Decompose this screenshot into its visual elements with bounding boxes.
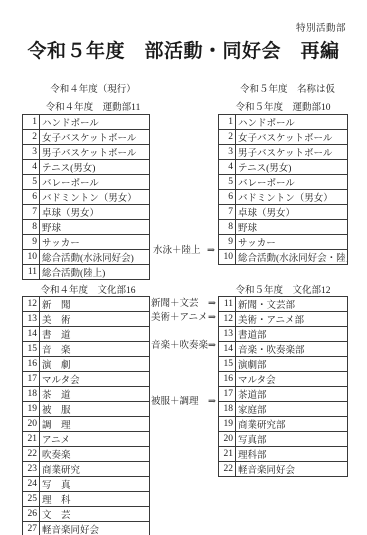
table-row: 16 マルタ会 bbox=[219, 372, 348, 387]
table-row: 3 男子バスケットボール bbox=[23, 145, 150, 160]
row-number: 23 bbox=[23, 462, 40, 477]
row-number: 25 bbox=[23, 492, 40, 507]
right-arrow-icon: ⇒ bbox=[208, 339, 216, 353]
table-row: 5 バレーボール bbox=[23, 175, 150, 190]
club-name: 書 道 bbox=[40, 327, 150, 342]
club-name: ハンドボール bbox=[236, 115, 348, 130]
row-number: 12 bbox=[219, 312, 236, 327]
club-name: アニメ bbox=[40, 432, 150, 447]
merge-note-music-brassband: 音楽＋吹奏楽 ⇒ bbox=[151, 339, 216, 353]
row-number: 9 bbox=[219, 235, 236, 250]
merge-note-label: 新聞＋文芸 bbox=[151, 297, 199, 311]
club-name: 軽音楽同好会 bbox=[40, 522, 150, 535]
table-row: 4 テニス(男女) bbox=[219, 160, 348, 175]
table-row: 20 写真部 bbox=[219, 432, 348, 447]
club-name: サッカー bbox=[236, 235, 348, 250]
club-name: 写真部 bbox=[236, 432, 348, 447]
merge-note-clothing-cooking: 被服＋調理 ⇒ bbox=[151, 395, 216, 409]
table-row: 27 軽音楽同好会 bbox=[23, 522, 150, 535]
row-number: 6 bbox=[23, 190, 40, 205]
table-row: 15 音 楽 bbox=[23, 342, 150, 357]
club-name: 調 理 bbox=[40, 417, 150, 432]
club-name: 総合活動(水泳同好会・陸上) bbox=[236, 250, 348, 265]
merge-note-label: 水泳＋陸上 bbox=[153, 244, 201, 259]
table-row: 11 新聞・文芸部 bbox=[219, 297, 348, 312]
club-name: 理 科 bbox=[40, 492, 150, 507]
table-row: 18 茶 道 bbox=[23, 387, 150, 402]
table-row: 17 茶道部 bbox=[219, 387, 348, 402]
row-number: 2 bbox=[23, 130, 40, 145]
row-number: 6 bbox=[219, 190, 236, 205]
table-row: 15 演劇部 bbox=[219, 357, 348, 372]
club-name: 男子バスケットボール bbox=[236, 145, 348, 160]
row-number: 7 bbox=[23, 205, 40, 220]
table-row: 6 バドミントン（男女） bbox=[23, 190, 150, 205]
club-name: 演劇部 bbox=[236, 357, 348, 372]
merge-note-art-anime: 美術＋アニメ ⇒ bbox=[151, 311, 216, 325]
row-number: 15 bbox=[219, 357, 236, 372]
club-name: 美術・アニメ部 bbox=[236, 312, 348, 327]
row-number: 20 bbox=[23, 417, 40, 432]
club-name: マルタ会 bbox=[236, 372, 348, 387]
row-number: 13 bbox=[219, 327, 236, 342]
row-number: 10 bbox=[23, 250, 40, 265]
club-name: 総合活動(水泳同好会) bbox=[40, 250, 150, 265]
page-title: 令和５年度 部活動・同好会 再編 bbox=[0, 36, 367, 63]
merge-note-swim-track: 水泳＋陸上 ⇒ bbox=[153, 244, 215, 259]
table-row: 10 総合活動(水泳同好会・陸上) bbox=[219, 250, 348, 265]
row-number: 17 bbox=[219, 387, 236, 402]
row-number: 4 bbox=[23, 160, 40, 175]
club-name: バレーボール bbox=[40, 175, 150, 190]
club-name: サッカー bbox=[40, 235, 150, 250]
right-arrow-icon: ⇒ bbox=[207, 244, 215, 259]
row-number: 21 bbox=[23, 432, 40, 447]
table-row: 25 理 科 bbox=[23, 492, 150, 507]
club-name: 新 聞 bbox=[40, 297, 150, 312]
club-name: テニス(男女) bbox=[236, 160, 348, 175]
table-row: 4 テニス(男女) bbox=[23, 160, 150, 175]
table-row: 16 演 劇 bbox=[23, 357, 150, 372]
table-row: 22 吹奏楽 bbox=[23, 447, 150, 462]
row-number: 20 bbox=[219, 432, 236, 447]
club-name: 演 劇 bbox=[40, 357, 150, 372]
row-number: 11 bbox=[219, 297, 236, 312]
row-number: 1 bbox=[219, 115, 236, 130]
culture-right-table-title: 令和５年度 文化部12 bbox=[213, 282, 353, 296]
club-name: 野球 bbox=[236, 220, 348, 235]
club-name: 理科部 bbox=[236, 447, 348, 462]
sports-right-table-title: 令和５年度 運動部10 bbox=[213, 99, 353, 113]
table-row: 6 バドミントン（男女） bbox=[219, 190, 348, 205]
merge-note-newspaper-literature: 新聞＋文芸 ⇒ bbox=[151, 297, 216, 311]
row-number: 5 bbox=[23, 175, 40, 190]
table-row: 5 バレーボール bbox=[219, 175, 348, 190]
club-name: 軽音楽同好会 bbox=[236, 462, 348, 477]
row-number: 26 bbox=[23, 507, 40, 522]
table-row: 13 書道部 bbox=[219, 327, 348, 342]
department-label: 特別活動部 bbox=[296, 20, 346, 34]
table-row: 12 新 聞 bbox=[23, 297, 150, 312]
right-arrow-icon: ⇒ bbox=[208, 297, 216, 311]
row-number: 10 bbox=[219, 250, 236, 265]
table-row: 1 ハンドボール bbox=[219, 115, 348, 130]
table-row: 2 女子バスケットボール bbox=[219, 130, 348, 145]
row-number: 2 bbox=[219, 130, 236, 145]
row-number: 27 bbox=[23, 522, 40, 535]
table-row: 19 商業研究部 bbox=[219, 417, 348, 432]
row-number: 16 bbox=[23, 357, 40, 372]
row-number: 8 bbox=[23, 220, 40, 235]
club-name: 音楽・吹奏楽部 bbox=[236, 342, 348, 357]
row-number: 19 bbox=[23, 402, 40, 417]
sports-clubs-current-table: 1 ハンドボール 2 女子バスケットボール 3 男子バスケットボール 4 テニス… bbox=[22, 114, 150, 280]
table-row: 8 野球 bbox=[219, 220, 348, 235]
club-name: 吹奏楽 bbox=[40, 447, 150, 462]
row-number: 4 bbox=[219, 160, 236, 175]
table-row: 14 音楽・吹奏楽部 bbox=[219, 342, 348, 357]
table-row: 21 理科部 bbox=[219, 447, 348, 462]
row-number: 17 bbox=[23, 372, 40, 387]
table-row: 24 写 真 bbox=[23, 477, 150, 492]
club-name: テニス(男女) bbox=[40, 160, 150, 175]
table-row: 3 男子バスケットボール bbox=[219, 145, 348, 160]
row-number: 5 bbox=[219, 175, 236, 190]
table-row: 20 調 理 bbox=[23, 417, 150, 432]
club-name: 文 芸 bbox=[40, 507, 150, 522]
row-number: 18 bbox=[23, 387, 40, 402]
culture-left-table-title: 令和４年度 文化部16 bbox=[22, 282, 154, 296]
club-name: マルタ会 bbox=[40, 372, 150, 387]
row-number: 12 bbox=[23, 297, 40, 312]
culture-clubs-current-table: 12 新 聞 13 美 術 14 書 道 15 音 楽 16 演 劇 bbox=[22, 296, 150, 535]
club-name: 書道部 bbox=[236, 327, 348, 342]
table-row: 23 商業研究 bbox=[23, 462, 150, 477]
club-name: 新聞・文芸部 bbox=[236, 297, 348, 312]
merge-note-label: 美術＋アニメ bbox=[151, 311, 208, 325]
table-row: 10 総合活動(水泳同好会) bbox=[23, 250, 150, 265]
culture-clubs-new-table: 11 新聞・文芸部 12 美術・アニメ部 13 書道部 14 音楽・吹奏楽部 1… bbox=[218, 296, 348, 477]
table-row: 26 文 芸 bbox=[23, 507, 150, 522]
table-row: 7 卓球（男女） bbox=[23, 205, 150, 220]
table-row: 14 書 道 bbox=[23, 327, 150, 342]
club-name: 茶 道 bbox=[40, 387, 150, 402]
row-number: 16 bbox=[219, 372, 236, 387]
club-name: 卓球（男女） bbox=[40, 205, 150, 220]
merge-note-label: 音楽＋吹奏楽 bbox=[151, 339, 208, 353]
table-row: 21 アニメ bbox=[23, 432, 150, 447]
club-name: 女子バスケットボール bbox=[236, 130, 348, 145]
club-name: 卓球（男女） bbox=[236, 205, 348, 220]
club-name: 総合活動(陸上) bbox=[40, 265, 150, 280]
merge-note-label: 被服＋調理 bbox=[151, 395, 199, 409]
club-name: ハンドボール bbox=[40, 115, 150, 130]
row-number: 21 bbox=[219, 447, 236, 462]
table-row: 11 総合活動(陸上) bbox=[23, 265, 150, 280]
sports-clubs-new-table: 1 ハンドボール 2 女子バスケットボール 3 男子バスケットボール 4 テニス… bbox=[218, 114, 348, 265]
table-row: 9 サッカー bbox=[23, 235, 150, 250]
right-arrow-icon: ⇒ bbox=[208, 311, 216, 325]
club-name: 家庭部 bbox=[236, 402, 348, 417]
row-number: 22 bbox=[219, 462, 236, 477]
sports-left-table-title: 令和４年度 運動部11 bbox=[22, 99, 164, 113]
table-row: 19 被 服 bbox=[23, 402, 150, 417]
row-number: 3 bbox=[23, 145, 40, 160]
club-name: 野球 bbox=[40, 220, 150, 235]
row-number: 19 bbox=[219, 417, 236, 432]
club-name: 茶道部 bbox=[236, 387, 348, 402]
table-row: 17 マルタ会 bbox=[23, 372, 150, 387]
row-number: 13 bbox=[23, 312, 40, 327]
row-number: 9 bbox=[23, 235, 40, 250]
club-name: 音 楽 bbox=[40, 342, 150, 357]
club-name: 写 真 bbox=[40, 477, 150, 492]
row-number: 14 bbox=[23, 327, 40, 342]
table-row: 13 美 術 bbox=[23, 312, 150, 327]
table-row: 7 卓球（男女） bbox=[219, 205, 348, 220]
table-row: 18 家庭部 bbox=[219, 402, 348, 417]
row-number: 11 bbox=[23, 265, 40, 280]
table-row: 12 美術・アニメ部 bbox=[219, 312, 348, 327]
table-row: 1 ハンドボール bbox=[23, 115, 150, 130]
caption-current-year: 令和４年度（現行） bbox=[22, 81, 164, 95]
row-number: 22 bbox=[23, 447, 40, 462]
club-name: 被 服 bbox=[40, 402, 150, 417]
row-number: 1 bbox=[23, 115, 40, 130]
right-arrow-icon: ⇒ bbox=[208, 395, 216, 409]
row-number: 3 bbox=[219, 145, 236, 160]
club-name: 男子バスケットボール bbox=[40, 145, 150, 160]
club-name: 美 術 bbox=[40, 312, 150, 327]
club-name: バドミントン（男女） bbox=[236, 190, 348, 205]
row-number: 7 bbox=[219, 205, 236, 220]
row-number: 15 bbox=[23, 342, 40, 357]
club-name: バドミントン（男女） bbox=[40, 190, 150, 205]
row-number: 14 bbox=[219, 342, 236, 357]
row-number: 18 bbox=[219, 402, 236, 417]
row-number: 8 bbox=[219, 220, 236, 235]
table-row: 8 野球 bbox=[23, 220, 150, 235]
club-name: 商業研究部 bbox=[236, 417, 348, 432]
table-row: 2 女子バスケットボール bbox=[23, 130, 150, 145]
caption-next-year: 令和５年度 名称は仮 bbox=[215, 81, 360, 95]
club-name: 商業研究 bbox=[40, 462, 150, 477]
club-name: バレーボール bbox=[236, 175, 348, 190]
table-row: 22 軽音楽同好会 bbox=[219, 462, 348, 477]
table-row: 9 サッカー bbox=[219, 235, 348, 250]
club-name: 女子バスケットボール bbox=[40, 130, 150, 145]
row-number: 24 bbox=[23, 477, 40, 492]
